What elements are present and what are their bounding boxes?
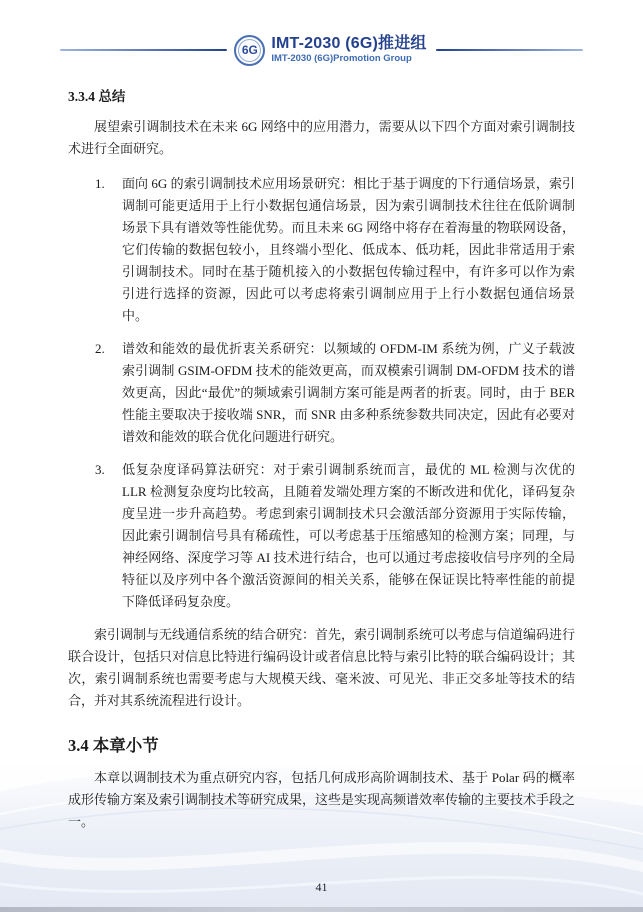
header-rule-right bbox=[436, 49, 583, 51]
section-heading-334: 3.3.4 总结 bbox=[68, 85, 575, 105]
page-bottom-edge bbox=[0, 907, 643, 912]
org-subtitle: IMT-2030 (6G)Promotion Group bbox=[271, 54, 426, 64]
numbered-list: 1. 面向 6G 的索引调制技术应用场景研究：相比于基于调度的下行通信场景，索引… bbox=[68, 173, 575, 613]
list-item-number: 1. bbox=[95, 173, 122, 327]
list-item: 2. 谱效和能效的最优折衷关系研究：以频域的 OFDM-IM 系统为例，广义子载… bbox=[95, 338, 575, 448]
document-page: 6G IMT-2030 (6G)推进组 IMT-2030 (6G)Promoti… bbox=[0, 0, 643, 912]
header-rule-left bbox=[60, 49, 227, 51]
section-heading-34: 3.4 本章小节 bbox=[68, 732, 575, 756]
list-item: 3. 低复杂度译码算法研究：对于索引调制系统而言，最优的 ML 检测与次优的 L… bbox=[95, 459, 575, 613]
list-item-number: 3. bbox=[95, 459, 122, 613]
page-content: 3.3.4 总结 展望索引调制技术在未来 6G 网络中的应用潜力，需要从以下四个… bbox=[68, 85, 575, 833]
list-item-text: 谱效和能效的最优折衷关系研究：以频域的 OFDM-IM 系统为例，广义子载波索引… bbox=[122, 338, 575, 448]
6g-logo-icon: 6G bbox=[234, 35, 265, 66]
page-number: 41 bbox=[0, 880, 643, 895]
list-item: 1. 面向 6G 的索引调制技术应用场景研究：相比于基于调度的下行通信场景，索引… bbox=[95, 173, 575, 327]
org-title: IMT-2030 (6G)推进组 bbox=[271, 36, 426, 53]
paragraph-chapter-summary: 本章以调制技术为重点研究内容，包括几何成形高阶调制技术、基于 Polar 码的概… bbox=[68, 767, 575, 833]
list-item-number: 2. bbox=[95, 338, 122, 448]
logo-text: 6G bbox=[242, 43, 258, 57]
list-item-text: 低复杂度译码算法研究：对于索引调制系统而言，最优的 ML 检测与次优的 LLR … bbox=[122, 459, 575, 613]
paragraph-closing: 索引调制与无线通信系统的结合研究：首先，索引调制系统可以考虑与信道编码进行联合设… bbox=[68, 624, 575, 712]
list-item-text: 面向 6G 的索引调制技术应用场景研究：相比于基于调度的下行通信场景，索引调制可… bbox=[122, 173, 575, 327]
org-title-block: IMT-2030 (6G)推进组 IMT-2030 (6G)Promotion … bbox=[271, 36, 426, 65]
page-header: 6G IMT-2030 (6G)推进组 IMT-2030 (6G)Promoti… bbox=[0, 32, 643, 68]
paragraph-intro: 展望索引调制技术在未来 6G 网络中的应用潜力，需要从以下四个方面对索引调制技术… bbox=[68, 116, 575, 160]
